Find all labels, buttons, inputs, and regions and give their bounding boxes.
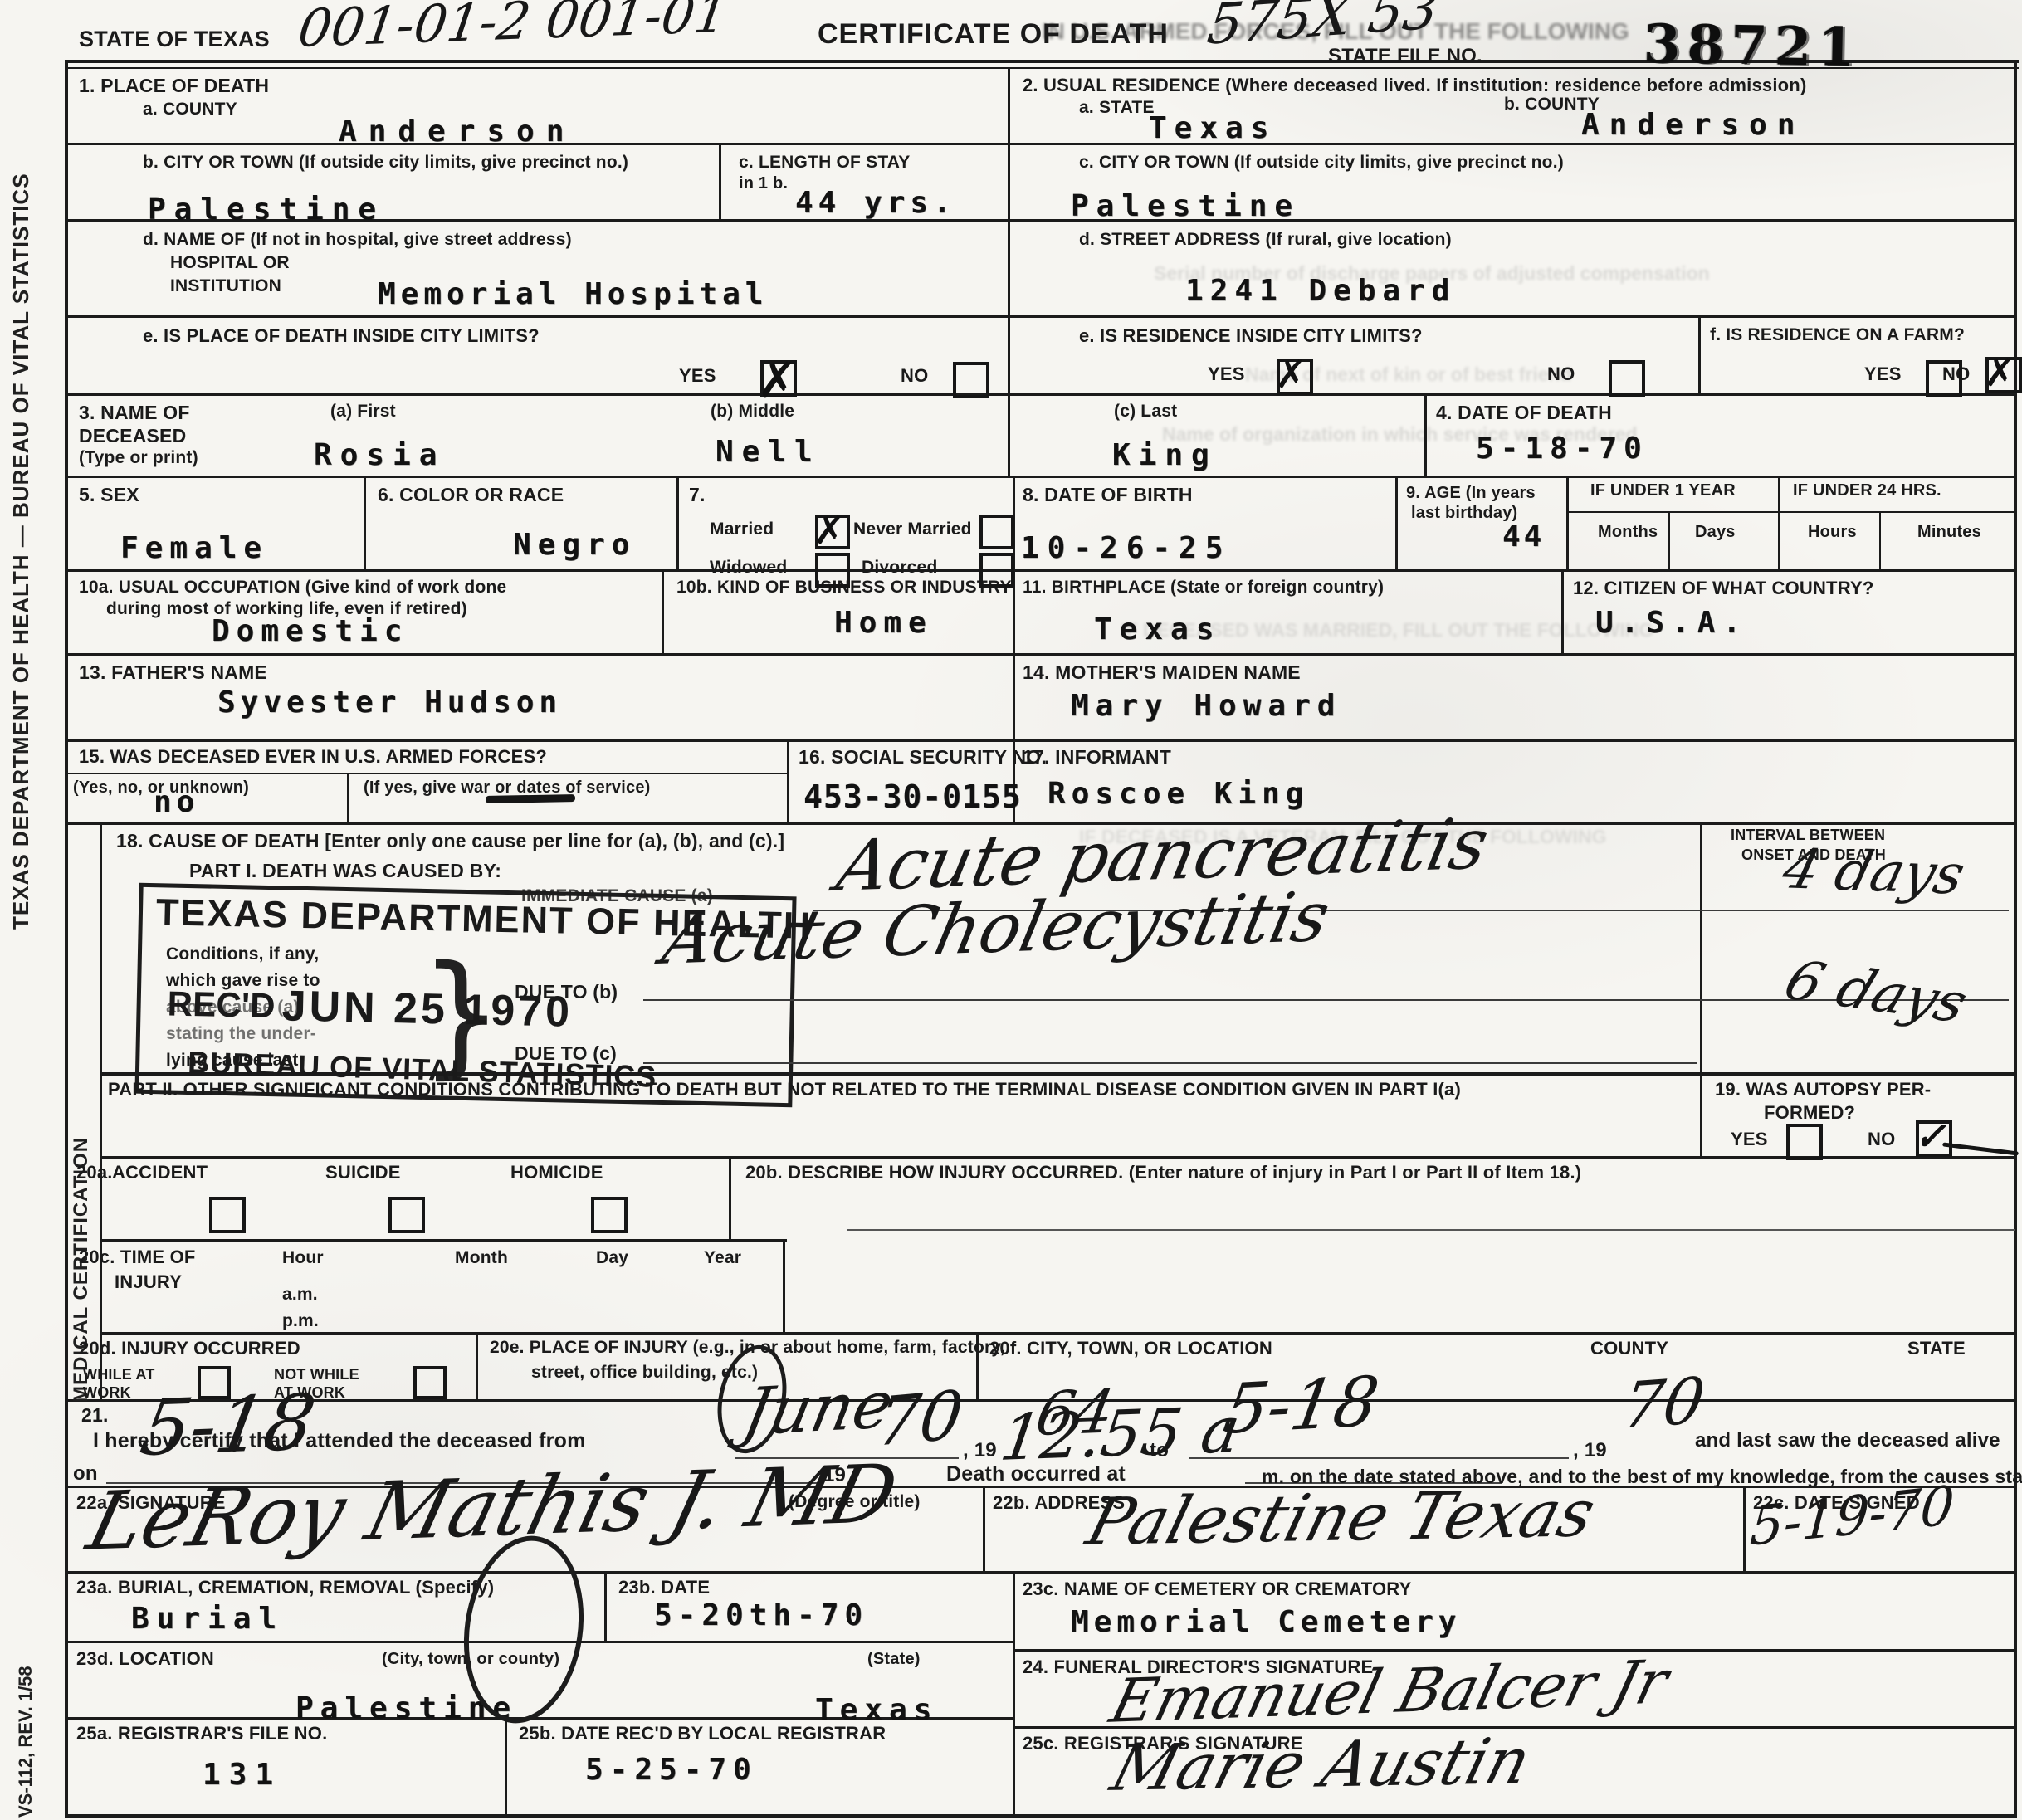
field-20a-label: 20a. xyxy=(76,1162,113,1183)
divider xyxy=(1424,393,1427,477)
field-2e-yes-label: YES xyxy=(1208,364,1245,385)
field-2e-no-label: NO xyxy=(1547,364,1575,385)
business-value: Home xyxy=(834,606,933,640)
armed-forces-dash-mark xyxy=(486,794,575,803)
occupation-value: Domestic xyxy=(212,614,408,648)
divider xyxy=(100,1156,2015,1159)
field-23c-label: 23c. NAME OF CEMETERY OR CREMATORY xyxy=(1023,1578,1411,1600)
divider xyxy=(100,1239,787,1242)
death-county-value: Anderson xyxy=(339,115,575,149)
divider xyxy=(1008,69,1010,477)
first-name-label: (a) First xyxy=(330,402,396,422)
death-city-limits-no-checkbox xyxy=(953,362,989,398)
field-3-label3: (Type or print) xyxy=(79,448,198,468)
divider xyxy=(66,739,2015,742)
homicide-checkbox xyxy=(591,1197,628,1233)
cemetery-value: Memorial Cemetery xyxy=(1071,1605,1461,1639)
am-label: a.m. xyxy=(282,1285,318,1305)
informant-value: Roscoe King xyxy=(1048,777,1309,811)
residence-farm-yes-checkbox xyxy=(1926,360,1962,397)
field-1-label: 1. PLACE OF DEATH xyxy=(79,75,269,97)
months-label: Months xyxy=(1598,523,1658,542)
homicide-label: HOMICIDE xyxy=(510,1162,603,1183)
burial-value: Burial xyxy=(131,1602,284,1636)
if-under-1-year-label: IF UNDER 1 YEAR xyxy=(1590,481,1736,500)
divider xyxy=(1778,476,1780,571)
autopsy-check-tail xyxy=(1942,1142,2019,1155)
field-23d-label: 23d. LOCATION xyxy=(76,1648,214,1670)
state-column-label: STATE xyxy=(1907,1338,1966,1359)
write-line-20b xyxy=(847,1229,2015,1231)
autopsy-no-label: NO xyxy=(1868,1129,1895,1150)
autopsy-yes-checkbox xyxy=(1786,1124,1823,1160)
divider xyxy=(787,739,789,822)
not-while-at-work-checkbox xyxy=(413,1366,447,1399)
married-checkbox: ✗ xyxy=(815,515,850,549)
divider xyxy=(983,1486,985,1571)
form-border-right xyxy=(2014,60,2017,1818)
divider xyxy=(1743,1486,1746,1571)
first-name-value: Rosia xyxy=(314,438,445,472)
residence-city-value: Palestine xyxy=(1071,189,1300,223)
field-5-label: 5. SEX xyxy=(79,484,139,506)
month-label: Month xyxy=(455,1248,508,1268)
residence-county-value: Anderson xyxy=(1581,108,1805,142)
divider xyxy=(66,653,2015,656)
date-of-birth-value: 10-26-25 xyxy=(1021,531,1231,565)
left-rail-department: TEXAS DEPARTMENT OF HEALTH — BUREAU OF V… xyxy=(8,224,34,930)
divider xyxy=(729,1156,731,1239)
hour-label: Hour xyxy=(282,1248,324,1268)
death-certificate-scan: TEXAS DEPARTMENT OF HEALTH — BUREAU OF V… xyxy=(0,0,2022,1820)
field-23d-sub2: (State) xyxy=(867,1650,921,1669)
field-1e-label: e. IS PLACE OF DEATH INSIDE CITY LIMITS? xyxy=(143,325,540,347)
suicide-label: SUICIDE xyxy=(325,1162,401,1183)
burial-date-value: 5-20th-70 xyxy=(654,1598,868,1632)
part2-label: PART II. OTHER SIGNIFICANT CONDITIONS CO… xyxy=(108,1079,1461,1100)
last-name-value: King xyxy=(1112,438,1218,472)
field-23b-label: 23b. DATE xyxy=(618,1577,710,1598)
field-13-label: 13. FATHER'S NAME xyxy=(79,661,267,684)
attended-from-handwriting: June xyxy=(737,1368,899,1451)
birthplace-value: Texas xyxy=(1094,612,1221,647)
field-21-number: 21. xyxy=(81,1404,109,1427)
autopsy-no-checkbox: ✓ xyxy=(1916,1120,1952,1157)
date-of-death-value: 5-18-70 xyxy=(1476,432,1648,466)
cause-b-handwriting: Acute Cholecystitis xyxy=(656,877,1336,980)
on-printed: on xyxy=(73,1462,98,1486)
autopsy-yes-label: YES xyxy=(1731,1129,1768,1150)
field-17-label: 17. INFORMANT xyxy=(1023,746,1171,768)
last-seen-date-handwriting: 5-18 xyxy=(134,1378,322,1473)
field-2f-yes-label: YES xyxy=(1864,364,1902,385)
field-2e-label: e. IS RESIDENCE INSIDE CITY LIMITS? xyxy=(1079,325,1423,347)
year-19-printed-1: , 19 xyxy=(963,1439,997,1462)
field-11-label: 11. BIRTHPLACE (State or foreign country… xyxy=(1023,578,1384,598)
pm-label: p.m. xyxy=(282,1311,319,1331)
field-19-label2: FORMED? xyxy=(1764,1102,1855,1124)
divider xyxy=(1395,476,1398,571)
street-address-value: 1241 Debard xyxy=(1185,274,1456,308)
divider xyxy=(66,569,2015,572)
day-label: Day xyxy=(596,1248,628,1268)
armed-forces-value: no xyxy=(154,785,199,819)
divider xyxy=(66,315,2015,318)
field-18-label: 18. CAUSE OF DEATH [Enter only one cause… xyxy=(116,830,784,852)
suicide-checkbox xyxy=(388,1197,425,1233)
race-value: Negro xyxy=(513,528,636,562)
divider xyxy=(1013,1726,1015,1816)
field-23a-label: 23a. BURIAL, CREMATION, REMOVAL (Specify… xyxy=(76,1577,494,1598)
if-under-24-hrs-label: IF UNDER 24 HRS. xyxy=(1793,481,1941,500)
divider xyxy=(66,773,789,774)
divider xyxy=(1668,511,1670,571)
field-2d-label: d. STREET ADDRESS (If rural, give locati… xyxy=(1079,230,1452,250)
interval-b-handwriting: 6 days xyxy=(1776,949,1976,1035)
field-16-label: 16. SOCIAL SECURITY NO. xyxy=(799,746,1047,768)
registrar-file-no-value: 131 xyxy=(203,1758,281,1792)
divider xyxy=(1879,511,1881,571)
form-border-left xyxy=(65,60,68,1818)
to-date-handwriting: 5-18 xyxy=(1219,1362,1384,1450)
death-city-value: Palestine xyxy=(148,193,384,227)
stamp-recd: REC'D xyxy=(167,983,276,1026)
divider xyxy=(1566,511,2015,513)
while-at-work-label1: WHILE AT xyxy=(83,1366,155,1383)
mother-name-value: Mary Howard xyxy=(1071,689,1341,723)
divider xyxy=(1698,315,1701,395)
residence-city-limits-no-checkbox xyxy=(1609,360,1645,397)
divider xyxy=(1566,476,1569,571)
field-3-label: 3. NAME OF xyxy=(79,402,190,424)
field-1c-label: c. LENGTH OF STAY xyxy=(739,153,910,173)
field-2c-label: c. CITY OR TOWN (If outside city limits,… xyxy=(1079,153,1564,173)
divider xyxy=(347,773,349,822)
divider xyxy=(604,1571,607,1641)
divider xyxy=(783,1239,785,1332)
divorced-label: Divorced xyxy=(862,558,937,578)
field-20b-label: 20b. DESCRIBE HOW INJURY OCCURRED. (Ente… xyxy=(745,1162,1581,1183)
hours-label: Hours xyxy=(1808,523,1857,542)
divider xyxy=(65,1571,2015,1574)
field-1e-no-label: NO xyxy=(901,365,928,387)
divider xyxy=(364,476,366,571)
part1-label: PART I. DEATH WAS CAUSED BY: xyxy=(189,860,501,882)
due-to-b-label: DUE TO (b) xyxy=(515,981,618,1003)
ssn-value: 453-30-0155 xyxy=(803,778,1022,815)
married-label: Married xyxy=(710,520,774,539)
field-6-label: 6. COLOR OR RACE xyxy=(378,484,564,506)
divider xyxy=(1014,1649,2015,1652)
residence-state-value: Texas xyxy=(1149,111,1276,145)
divider xyxy=(1561,569,1564,653)
divider xyxy=(1013,653,1015,739)
middle-name-value: Nell xyxy=(716,435,821,469)
while-at-work-label2: WORK xyxy=(83,1384,131,1402)
field-2-label: 2. USUAL RESIDENCE (Where deceased lived… xyxy=(1023,75,1806,96)
accident-checkbox xyxy=(209,1197,246,1233)
field-9-label: 9. AGE (In years xyxy=(1406,484,1536,503)
physician-address-handwriting: Palestine Texas xyxy=(1079,1476,1603,1560)
divider xyxy=(676,476,679,571)
field-2f-label: f. IS RESIDENCE ON A FARM? xyxy=(1710,325,1965,345)
field-20c-label2: INJURY xyxy=(115,1271,182,1293)
field-15-label: 15. WAS DECEASED EVER IN U.S. ARMED FORC… xyxy=(79,746,547,768)
stamped-file-number: 38721 xyxy=(1643,13,1862,80)
date-recd-value: 5-25-70 xyxy=(585,1753,758,1787)
write-line-c xyxy=(643,1062,1697,1064)
field-1a-label: a. COUNTY xyxy=(143,100,237,120)
widowed-checkbox xyxy=(815,553,850,588)
medical-box-border xyxy=(100,822,102,1399)
field-12-label: 12. CITIZEN OF WHAT COUNTRY? xyxy=(1573,578,1873,599)
never-married-label: Never Married xyxy=(853,520,972,539)
field-1d-label3: INSTITUTION xyxy=(170,276,281,296)
age-value: 44 xyxy=(1502,520,1545,554)
year-19-printed-2: , 19 xyxy=(1573,1439,1607,1462)
field-20c-label: 20c. TIME OF xyxy=(79,1247,196,1268)
field-10a-label: 10a. USUAL OCCUPATION (Give kind of work… xyxy=(79,578,506,598)
due-to-c-label: DUE TO (c) xyxy=(515,1042,617,1065)
field-1d-label: d. NAME OF (If not in hospital, give str… xyxy=(143,230,572,250)
divider xyxy=(505,1717,507,1816)
hospital-value: Memorial Hospital xyxy=(378,277,768,311)
field-20d-label: 20d. INJURY OCCURRED xyxy=(79,1338,300,1359)
field-7-label: 7. xyxy=(689,484,706,506)
blank-line xyxy=(1189,1457,1569,1459)
divider xyxy=(66,476,2015,478)
sex-value: Female xyxy=(120,531,268,565)
days-label: Days xyxy=(1695,523,1736,542)
field-20f-label: 20f. CITY, TOWN, OR LOCATION xyxy=(989,1338,1272,1359)
residence-city-limits-yes-checkbox: ✗ xyxy=(1277,359,1313,395)
last-name-label: (c) Last xyxy=(1114,402,1177,422)
field-3-label2: DECEASED xyxy=(79,425,186,447)
field-8-label: 8. DATE OF BIRTH xyxy=(1023,484,1193,506)
field-4-label: 4. DATE OF DEATH xyxy=(1436,402,1612,424)
minutes-label: Minutes xyxy=(1917,523,1981,542)
year-label: Year xyxy=(704,1248,741,1268)
field-1d-label2: HOSPITAL OR xyxy=(170,253,290,273)
divider xyxy=(100,1332,2015,1335)
left-rail-form-number: VS-112, REV. 1/58 xyxy=(15,1618,37,1818)
field-25a-label: 25a. REGISTRAR'S FILE NO. xyxy=(76,1723,327,1744)
death-city-limits-yes-checkbox: ✗ xyxy=(760,360,797,397)
certificate-title: CERTIFICATE OF DEATH xyxy=(818,18,1169,51)
state-of-texas-label: STATE OF TEXAS xyxy=(79,27,270,52)
never-married-checkbox xyxy=(979,515,1014,549)
field-19-label: 19. WAS AUTOPSY PER- xyxy=(1715,1079,1931,1100)
widowed-label: Widowed xyxy=(710,558,787,578)
state-file-no-label: STATE FILE NO. xyxy=(1328,45,1482,68)
burial-location-state-value: Texas xyxy=(815,1693,938,1727)
field-14-label: 14. MOTHER'S MAIDEN NAME xyxy=(1023,661,1301,684)
accident-label: ACCIDENT xyxy=(112,1162,208,1183)
interval-a-handwriting: 4 days xyxy=(1776,837,1971,907)
field-1c-sublabel: in 1 b. xyxy=(739,174,788,193)
length-of-stay-value: 44 yrs. xyxy=(795,186,956,220)
handwritten-serial: 001-01-2 001-01 xyxy=(295,0,731,59)
citizen-value: U.S.A. xyxy=(1595,606,1748,640)
divider xyxy=(719,143,721,221)
time-of-death-handwriting: 12.55 a xyxy=(996,1392,1244,1475)
father-name-value: Syvester Hudson xyxy=(217,686,562,720)
form-border-bottom xyxy=(65,1814,2017,1818)
divorced-checkbox xyxy=(979,553,1014,588)
divider xyxy=(662,569,664,653)
field-2a-label: a. STATE xyxy=(1079,98,1155,118)
registrar-signature-handwriting: Marie Austin xyxy=(1104,1724,1538,1805)
certify-text-2: and last saw the deceased alive xyxy=(1695,1429,2000,1452)
field-1b-label: b. CITY OR TOWN (If outside city limits,… xyxy=(143,153,628,173)
divider xyxy=(1700,822,1702,1156)
divider xyxy=(66,393,2015,396)
divider xyxy=(476,1332,478,1399)
residence-farm-no-checkbox: ✗ xyxy=(1985,357,2022,393)
year-70-handwriting: 70 xyxy=(1619,1363,1709,1443)
field-1e-yes-label: YES xyxy=(679,365,716,387)
county-column-label: COUNTY xyxy=(1590,1338,1668,1359)
